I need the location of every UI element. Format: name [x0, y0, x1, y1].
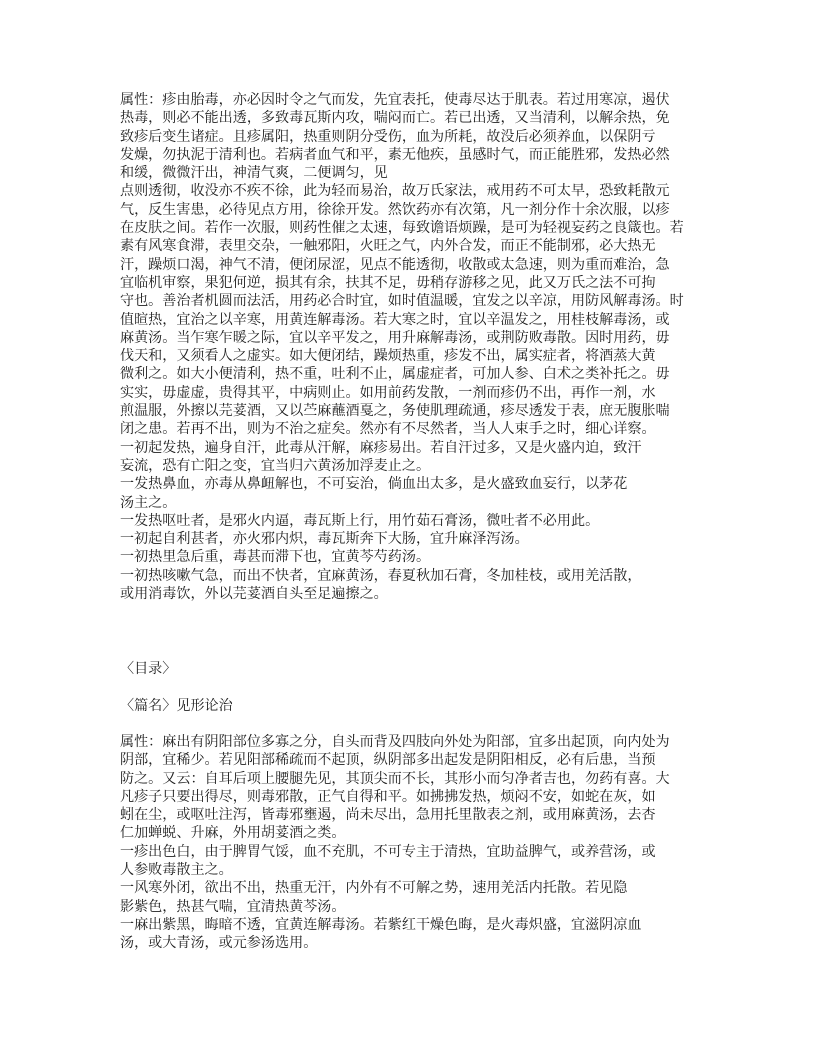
chapter-title-marker: 〈篇名〉见形论治	[120, 697, 720, 715]
paragraph-eruption-patterns: 属性：麻出有阴阳部位多寡之分，自头而背及四肢向外处为阳部，宜多出起顶，向内处为 …	[120, 733, 720, 953]
paragraph-treatment-principles: 属性：疹由胎毒，亦必因时令之气而发，先宜表托，使毒尽达于肌表。若过用寒凉，遏伏 …	[120, 91, 720, 603]
document-page: 属性：疹由胎毒，亦必因时令之气而发，先宜表托，使毒尽达于肌表。若过用寒凉，遏伏 …	[0, 0, 816, 1056]
toc-marker: 〈目录〉	[120, 660, 720, 678]
